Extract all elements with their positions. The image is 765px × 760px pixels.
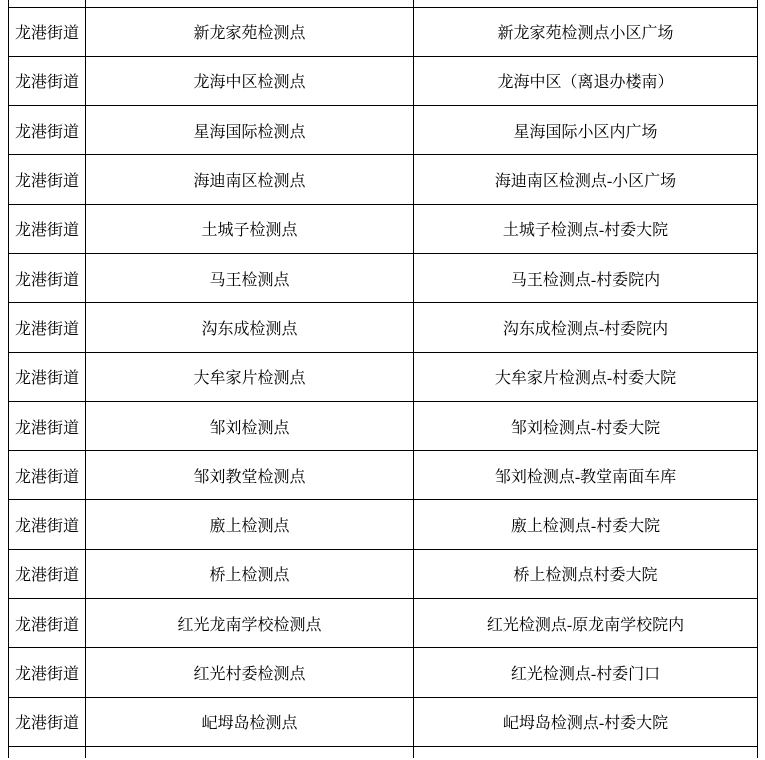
cell-site: 沟东成检测点 bbox=[86, 303, 414, 352]
cell-street: 龙港街道 bbox=[9, 155, 86, 204]
table-row: 龙港街道龙海中区检测点龙海中区（离退办楼南） bbox=[9, 56, 758, 105]
cell-street: 龙港街道 bbox=[9, 7, 86, 56]
cell-location: 红光检测点-原龙南学校院内 bbox=[414, 599, 758, 648]
table-row-clipped-top bbox=[9, 0, 758, 7]
cell-location: 屺坶岛检测点-村委大院 bbox=[414, 697, 758, 746]
cell-location: 龙海中区（离退办楼南） bbox=[414, 56, 758, 105]
detection-sites-table: 龙港街道新龙家苑检测点新龙家苑检测点小区广场龙港街道龙海中区检测点龙海中区（离退… bbox=[8, 0, 758, 758]
cell-location: 马王检测点-村委院内 bbox=[414, 253, 758, 302]
cell-street: 龙港街道 bbox=[9, 303, 86, 352]
cell-location-empty bbox=[414, 746, 758, 758]
cell-site: 屺坶岛检测点 bbox=[86, 697, 414, 746]
cell-street: 龙港街道 bbox=[9, 56, 86, 105]
cell-location: 大牟家片检测点-村委大院 bbox=[414, 352, 758, 401]
cell-street: 龙港街道 bbox=[9, 697, 86, 746]
cell-street: 龙港街道 bbox=[9, 599, 86, 648]
cell-location: 土城子检测点-村委大院 bbox=[414, 204, 758, 253]
cell-site: 红光龙南学校检测点 bbox=[86, 599, 414, 648]
cell-site-empty bbox=[86, 0, 414, 7]
cell-street: 龙港街道 bbox=[9, 648, 86, 697]
cell-site: 桥上检测点 bbox=[86, 549, 414, 598]
table-row: 龙港街道大牟家片检测点大牟家片检测点-村委大院 bbox=[9, 352, 758, 401]
cell-street: 龙港街道 bbox=[9, 451, 86, 500]
table-row: 龙港街道星海国际检测点星海国际小区内广场 bbox=[9, 106, 758, 155]
cell-site-empty bbox=[86, 746, 414, 758]
cell-site: 土城子检测点 bbox=[86, 204, 414, 253]
cell-location: 邹刘检测点-教堂南面车库 bbox=[414, 451, 758, 500]
cell-location-empty bbox=[414, 0, 758, 7]
cell-location: 沟东成检测点-村委院内 bbox=[414, 303, 758, 352]
cell-street: 龙港街道 bbox=[9, 401, 86, 450]
cell-street: 龙港街道 bbox=[9, 253, 86, 302]
table-row: 龙港街道马王检测点马王检测点-村委院内 bbox=[9, 253, 758, 302]
cell-site: 龙海中区检测点 bbox=[86, 56, 414, 105]
table-row: 龙港街道桥上检测点桥上检测点村委大院 bbox=[9, 549, 758, 598]
cell-site: 大牟家片检测点 bbox=[86, 352, 414, 401]
table-row: 龙港街道邹刘教堂检测点邹刘检测点-教堂南面车库 bbox=[9, 451, 758, 500]
cell-street: 龙港街道 bbox=[9, 549, 86, 598]
cell-site: 海迪南区检测点 bbox=[86, 155, 414, 204]
table-row: 龙港街道海迪南区检测点海迪南区检测点-小区广场 bbox=[9, 155, 758, 204]
cell-site: 廒上检测点 bbox=[86, 500, 414, 549]
table-row: 龙港街道红光村委检测点红光检测点-村委门口 bbox=[9, 648, 758, 697]
cell-street: 龙港街道 bbox=[9, 500, 86, 549]
cell-location: 星海国际小区内广场 bbox=[414, 106, 758, 155]
cell-location: 桥上检测点村委大院 bbox=[414, 549, 758, 598]
cell-location: 新龙家苑检测点小区广场 bbox=[414, 7, 758, 56]
table-row-clipped-bottom bbox=[9, 746, 758, 758]
table-body: 龙港街道新龙家苑检测点新龙家苑检测点小区广场龙港街道龙海中区检测点龙海中区（离退… bbox=[9, 0, 758, 758]
cell-street-empty bbox=[9, 0, 86, 7]
table-row: 龙港街道沟东成检测点沟东成检测点-村委院内 bbox=[9, 303, 758, 352]
cell-location: 邹刘检测点-村委大院 bbox=[414, 401, 758, 450]
cell-location: 海迪南区检测点-小区广场 bbox=[414, 155, 758, 204]
table-row: 龙港街道屺坶岛检测点屺坶岛检测点-村委大院 bbox=[9, 697, 758, 746]
cell-street: 龙港街道 bbox=[9, 106, 86, 155]
cell-site: 邹刘检测点 bbox=[86, 401, 414, 450]
cell-street: 龙港街道 bbox=[9, 204, 86, 253]
cell-site: 邹刘教堂检测点 bbox=[86, 451, 414, 500]
cell-street-empty bbox=[9, 746, 86, 758]
cell-street: 龙港街道 bbox=[9, 352, 86, 401]
document-page: 龙港街道新龙家苑检测点新龙家苑检测点小区广场龙港街道龙海中区检测点龙海中区（离退… bbox=[0, 0, 765, 760]
cell-location: 廒上检测点-村委大院 bbox=[414, 500, 758, 549]
cell-site: 红光村委检测点 bbox=[86, 648, 414, 697]
cell-location: 红光检测点-村委门口 bbox=[414, 648, 758, 697]
cell-site: 星海国际检测点 bbox=[86, 106, 414, 155]
cell-site: 马王检测点 bbox=[86, 253, 414, 302]
table-row: 龙港街道廒上检测点廒上检测点-村委大院 bbox=[9, 500, 758, 549]
table-row: 龙港街道红光龙南学校检测点红光检测点-原龙南学校院内 bbox=[9, 599, 758, 648]
cell-site: 新龙家苑检测点 bbox=[86, 7, 414, 56]
table-row: 龙港街道邹刘检测点邹刘检测点-村委大院 bbox=[9, 401, 758, 450]
table-row: 龙港街道新龙家苑检测点新龙家苑检测点小区广场 bbox=[9, 7, 758, 56]
table-row: 龙港街道土城子检测点土城子检测点-村委大院 bbox=[9, 204, 758, 253]
